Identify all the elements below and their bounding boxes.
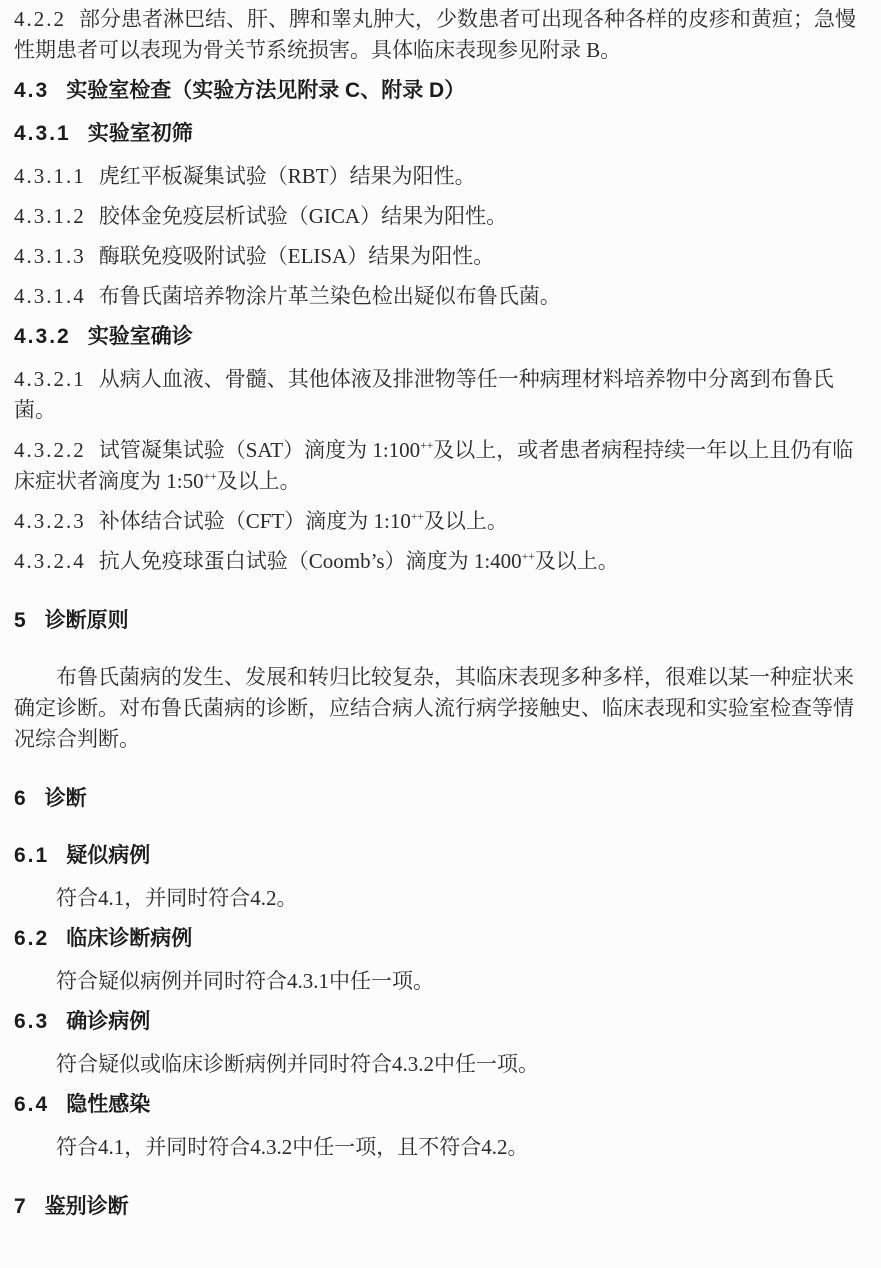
clause-number: 4.3.1.2 bbox=[14, 204, 86, 228]
heading-text: 诊断原则 bbox=[45, 609, 129, 632]
heading-number: 6.2 bbox=[14, 927, 49, 950]
clause-text: 虎红平板凝集试验（RBT）结果为阳性。 bbox=[99, 164, 476, 188]
document-page: 4.2.2部分患者淋巴结、肝、脾和睾丸肿大，少数患者可出现各种各样的皮疹和黄疸；… bbox=[0, 0, 881, 1268]
heading-number: 4.3.2 bbox=[14, 325, 71, 348]
heading-4-3-1: 4.3.1实验室初筛 bbox=[14, 118, 867, 149]
clause-text: 从病人血液、骨髓、其他体液及排泄物等任一种病理材料培养物中分离到布鲁氏菌。 bbox=[14, 367, 834, 422]
heading-text: 疑似病例 bbox=[66, 844, 150, 867]
heading-text: 临床诊断病例 bbox=[66, 927, 192, 950]
clause-text: 试管凝集试验（SAT）滴度为 1:100++及以上，或者患者病程持续一年以上且仍… bbox=[14, 438, 853, 493]
heading-number: 5 bbox=[14, 609, 28, 632]
paragraph-text: 符合4.1，并同时符合4.3.2中任一项，且不符合4.2。 bbox=[56, 1135, 529, 1159]
heading-number: 7 bbox=[14, 1195, 28, 1218]
clause-number: 4.3.2.1 bbox=[14, 367, 86, 391]
heading-text: 鉴别诊断 bbox=[45, 1195, 129, 1218]
clause-4-3-2-4: 4.3.2.4抗人免疫球蛋白试验（Coomb’s）滴度为 1:400++及以上。 bbox=[14, 546, 867, 577]
heading-4-3-2: 4.3.2实验室确诊 bbox=[14, 321, 867, 352]
clause-4-3-2-3: 4.3.2.3补体结合试验（CFT）滴度为 1:10++及以上。 bbox=[14, 506, 867, 537]
chapter-5-heading: 5诊断原则 bbox=[14, 605, 867, 636]
heading-text: 实验室检查（实验方法见附录 C、附录 D） bbox=[66, 79, 465, 102]
heading-6-1: 6.1疑似病例 bbox=[14, 840, 867, 871]
heading-text: 实验室确诊 bbox=[88, 325, 193, 348]
clause-text: 抗人免疫球蛋白试验（Coomb’s）滴度为 1:400++及以上。 bbox=[99, 549, 619, 573]
paragraph-6-2: 符合疑似病例并同时符合4.3.1中任一项。 bbox=[14, 966, 867, 997]
clause-number: 4.3.2.3 bbox=[14, 509, 86, 533]
paragraph-6-4: 符合4.1，并同时符合4.3.2中任一项，且不符合4.2。 bbox=[14, 1132, 867, 1163]
heading-text: 确诊病例 bbox=[66, 1010, 150, 1033]
paragraph-text: 布鲁氏菌病的发生、发展和转归比较复杂，其临床表现多种多样，很难以某一种症状来确定… bbox=[14, 665, 854, 751]
clause-number: 4.3.1.4 bbox=[14, 284, 86, 308]
heading-text: 实验室初筛 bbox=[88, 122, 193, 145]
clause-text: 布鲁氏菌培养物涂片革兰染色检出疑似布鲁氏菌。 bbox=[99, 284, 561, 308]
clause-number: 4.3.1.3 bbox=[14, 244, 86, 268]
clause-4-3-2-1: 4.3.2.1从病人血液、骨髓、其他体液及排泄物等任一种病理材料培养物中分离到布… bbox=[14, 364, 867, 426]
heading-number: 6 bbox=[14, 787, 28, 810]
paragraph-diagnosis-principle: 布鲁氏菌病的发生、发展和转归比较复杂，其临床表现多种多样，很难以某一种症状来确定… bbox=[14, 662, 867, 755]
heading-number: 4.3.1 bbox=[14, 122, 71, 145]
clause-number: 4.3.2.2 bbox=[14, 438, 86, 462]
clause-4-3-1-2: 4.3.1.2胶体金免疫层析试验（GICA）结果为阳性。 bbox=[14, 201, 867, 232]
heading-number: 6.3 bbox=[14, 1010, 49, 1033]
clause-4-2-2: 4.2.2部分患者淋巴结、肝、脾和睾丸肿大，少数患者可出现各种各样的皮疹和黄疸；… bbox=[14, 4, 867, 66]
heading-number: 4.3 bbox=[14, 79, 49, 102]
heading-6-4: 6.4隐性感染 bbox=[14, 1089, 867, 1120]
clause-4-3-1-1: 4.3.1.1虎红平板凝集试验（RBT）结果为阳性。 bbox=[14, 161, 867, 192]
heading-text: 诊断 bbox=[45, 787, 87, 810]
paragraph-text: 符合疑似病例并同时符合4.3.1中任一项。 bbox=[56, 969, 434, 993]
clause-4-3-1-4: 4.3.1.4布鲁氏菌培养物涂片革兰染色检出疑似布鲁氏菌。 bbox=[14, 281, 867, 312]
paragraph-text: 符合疑似或临床诊断病例并同时符合4.3.2中任一项。 bbox=[56, 1052, 539, 1076]
heading-6-2: 6.2临床诊断病例 bbox=[14, 923, 867, 954]
heading-number: 6.1 bbox=[14, 844, 49, 867]
paragraph-text: 符合4.1，并同时符合4.2。 bbox=[56, 886, 298, 910]
heading-text: 隐性感染 bbox=[66, 1093, 150, 1116]
paragraph-6-3: 符合疑似或临床诊断病例并同时符合4.3.2中任一项。 bbox=[14, 1049, 867, 1080]
clause-text: 补体结合试验（CFT）滴度为 1:10++及以上。 bbox=[99, 509, 508, 533]
clause-text: 酶联免疫吸附试验（ELISA）结果为阳性。 bbox=[99, 244, 495, 268]
clause-4-3-2-2: 4.3.2.2试管凝集试验（SAT）滴度为 1:100++及以上，或者患者病程持… bbox=[14, 435, 867, 497]
clause-text: 胶体金免疫层析试验（GICA）结果为阳性。 bbox=[99, 204, 507, 228]
clause-number: 4.2.2 bbox=[14, 7, 66, 31]
paragraph-6-1: 符合4.1，并同时符合4.2。 bbox=[14, 883, 867, 914]
chapter-6-heading: 6诊断 bbox=[14, 783, 867, 814]
clause-4-3-1-3: 4.3.1.3酶联免疫吸附试验（ELISA）结果为阳性。 bbox=[14, 241, 867, 272]
clause-text: 部分患者淋巴结、肝、脾和睾丸肿大，少数患者可出现各种各样的皮疹和黄疸；急慢性期患… bbox=[14, 7, 856, 62]
heading-4-3: 4.3实验室检查（实验方法见附录 C、附录 D） bbox=[14, 75, 867, 106]
clause-number: 4.3.2.4 bbox=[14, 549, 86, 573]
clause-number: 4.3.1.1 bbox=[14, 164, 86, 188]
heading-6-3: 6.3确诊病例 bbox=[14, 1006, 867, 1037]
chapter-7-heading: 7鉴别诊断 bbox=[14, 1191, 867, 1222]
heading-number: 6.4 bbox=[14, 1093, 49, 1116]
